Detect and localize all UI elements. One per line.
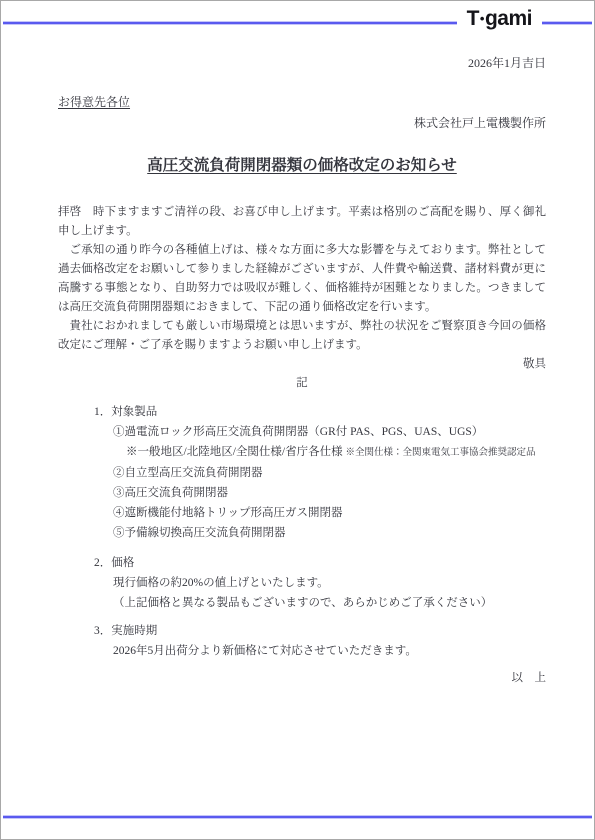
closing-keigu: 敬具 xyxy=(58,355,546,374)
letter-content: 2026年1月吉日 お得意先各位 株式会社戸上電機製作所 高圧交流負荷開閉器類の… xyxy=(58,1,546,688)
schedule-line: 2026年5月出荷分より新価格にて対応させていただきます。 xyxy=(113,641,546,661)
price-line-2: （上記価格と異なる製品もございますので、あらかじめご了承ください） xyxy=(113,593,546,613)
logo-text-left: T xyxy=(467,7,479,30)
logo-text-right: gami xyxy=(485,7,532,30)
company-logo: T•gami xyxy=(457,6,542,32)
footer-rule xyxy=(3,816,592,818)
addressee-row: お得意先各位 xyxy=(58,70,546,113)
product-item-1: ①過電流ロック形高圧交流負荷開閉器（GR付 PAS、PGS、UAS、UGS） xyxy=(113,422,546,442)
body-paragraph-3: 貴社におかれましても厳しい市場環境とは思いますが、弊社の状況をご賢察頂き今回の価… xyxy=(58,317,546,355)
addressee: お得意先各位 xyxy=(58,95,130,110)
section-2-heading: 2．価格 xyxy=(94,553,546,573)
product-item-5: ⑤予備線切換高圧交流負荷開閉器 xyxy=(113,523,546,543)
letter-title: 高圧交流負荷開閉器類の価格改定のお知らせ xyxy=(58,156,546,175)
notice-details: 1．対象製品 ①過電流ロック形高圧交流負荷開閉器（GR付 PAS、PGS、UAS… xyxy=(58,402,546,661)
sender-company: 株式会社戸上電機製作所 xyxy=(58,116,546,131)
note-main: ※一般地区/北陸地区/全関仕様/省庁各仕様 xyxy=(126,446,343,458)
document-page: T•gami 2026年1月吉日 お得意先各位 株式会社戸上電機製作所 高圧交流… xyxy=(0,0,595,840)
end-mark: 以 上 xyxy=(58,669,546,688)
record-mark: 記 xyxy=(58,374,546,393)
note-small: ※全関仕様：全関東電気工事協会推奨認定品 xyxy=(345,448,535,458)
product-item-2: ②自立型高圧交流負荷開閉器 xyxy=(113,463,546,483)
body-paragraph-1: 拝啓 時下ますますご清祥の段、お喜び申し上げます。平素は格別のご高配を賜り、厚く… xyxy=(58,203,546,241)
logo-dot-icon: • xyxy=(480,6,484,32)
section-3-heading: 3．実施時期 xyxy=(94,621,546,641)
body-paragraph-2: ご承知の通り昨今の各種値上げは、様々な方面に多大な影響を与えております。弊社とし… xyxy=(58,241,546,317)
product-item-3: ③高圧交流負荷開閉器 xyxy=(113,483,546,503)
section-1-heading: 1．対象製品 xyxy=(94,402,546,422)
price-line-1: 現行価格の約20%の値上げといたします。 xyxy=(113,573,546,593)
product-item-1-note: ※一般地区/北陸地区/全関仕様/省庁各仕様 ※全関仕様：全関東電気工事協会推奨認… xyxy=(126,442,546,463)
product-item-4: ④遮断機能付地絡トリップ形高圧ガス開閉器 xyxy=(113,503,546,523)
